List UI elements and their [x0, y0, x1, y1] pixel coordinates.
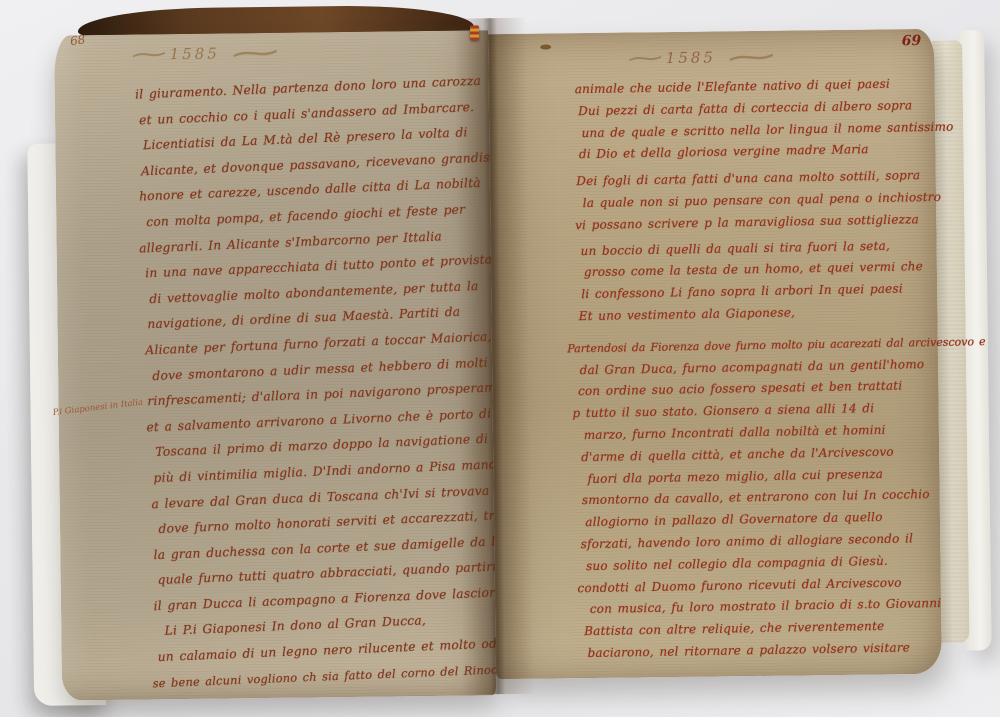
- year-heading: 1585: [170, 44, 220, 63]
- open-manuscript-book: 68 ~ 1585 ~ P.i Giaponesi in Italia il g…: [26, 4, 994, 716]
- text-block-left: il giuramento. Nella partenza dono loro …: [135, 69, 504, 697]
- page-number: 69: [902, 33, 922, 49]
- flourish-icon: ~: [621, 43, 668, 73]
- manuscript-line: baciarono, nel ritornare a palazzo volse…: [587, 637, 920, 665]
- margin-note: P.i Giaponesi in Italia: [52, 398, 139, 418]
- page-header: ~ 1585 ~: [638, 47, 757, 67]
- flourish-icon: ~: [221, 33, 289, 72]
- flourish-icon: ~: [125, 39, 172, 69]
- photo-background: 68 ~ 1585 ~ P.i Giaponesi in Italia il g…: [0, 0, 1000, 717]
- page-header: ~ 1585 ~: [142, 43, 261, 63]
- manuscript-page-left: 68 ~ 1585 ~ P.i Giaponesi in Italia il g…: [54, 30, 496, 700]
- page-number: 68: [69, 32, 86, 48]
- flourish-icon: ~: [717, 37, 785, 76]
- manuscript-page-right: 69 ~ 1585 ~ animale che ucide l'Elefante…: [488, 29, 942, 679]
- headband-sewing: [470, 25, 479, 40]
- ink-stain: [540, 44, 551, 49]
- text-block-right: animale che ucide l'Elefante nativo di q…: [575, 73, 921, 664]
- manuscript-line: Et uno vestimento ala Giaponese,: [579, 300, 915, 328]
- manuscript-line: di Dio et della gloriosa vergine madre M…: [579, 139, 912, 167]
- year-heading: 1585: [666, 48, 716, 67]
